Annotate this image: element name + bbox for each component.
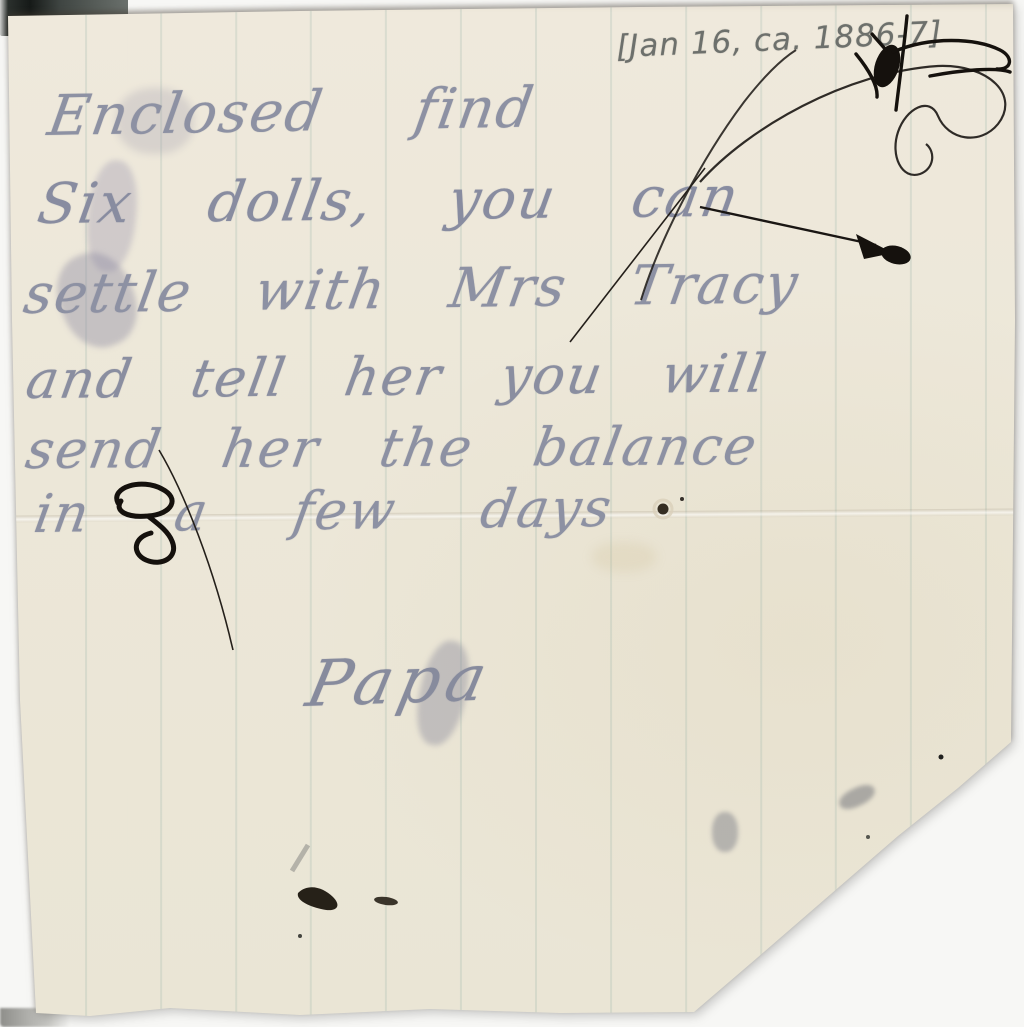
ink-blot-bottom-1 (298, 887, 338, 910)
ink-arrow-blot (879, 243, 912, 268)
ink-blot-bottom-2 (374, 895, 399, 906)
ink-marks-overlay (0, 0, 1024, 1027)
letter-paper: [Jan 16, ca. 1886-7] Enclosed find Six d… (0, 0, 1024, 1027)
ink-sweep-line (641, 50, 796, 300)
scan-background: [Jan 16, ca. 1886-7] Enclosed find Six d… (0, 0, 1024, 1027)
ink-arrow-shaft (700, 207, 876, 245)
graphite-streak-bottom (292, 845, 308, 871)
ink-line-diagonal-left (159, 450, 233, 650)
pin-hole (658, 504, 669, 515)
ink-slash (570, 168, 705, 342)
ink-speck-right (939, 755, 944, 760)
paper-wrapper: [Jan 16, ca. 1886-7] Enclosed find Six d… (0, 0, 1024, 1027)
ink-speck-bottom (298, 934, 302, 938)
ink-scribble-top-right (700, 66, 1005, 182)
ink-doodle-left-margin (117, 484, 174, 562)
ink-speck-near-hole (680, 497, 684, 501)
ink-speck-right-2 (866, 835, 870, 839)
